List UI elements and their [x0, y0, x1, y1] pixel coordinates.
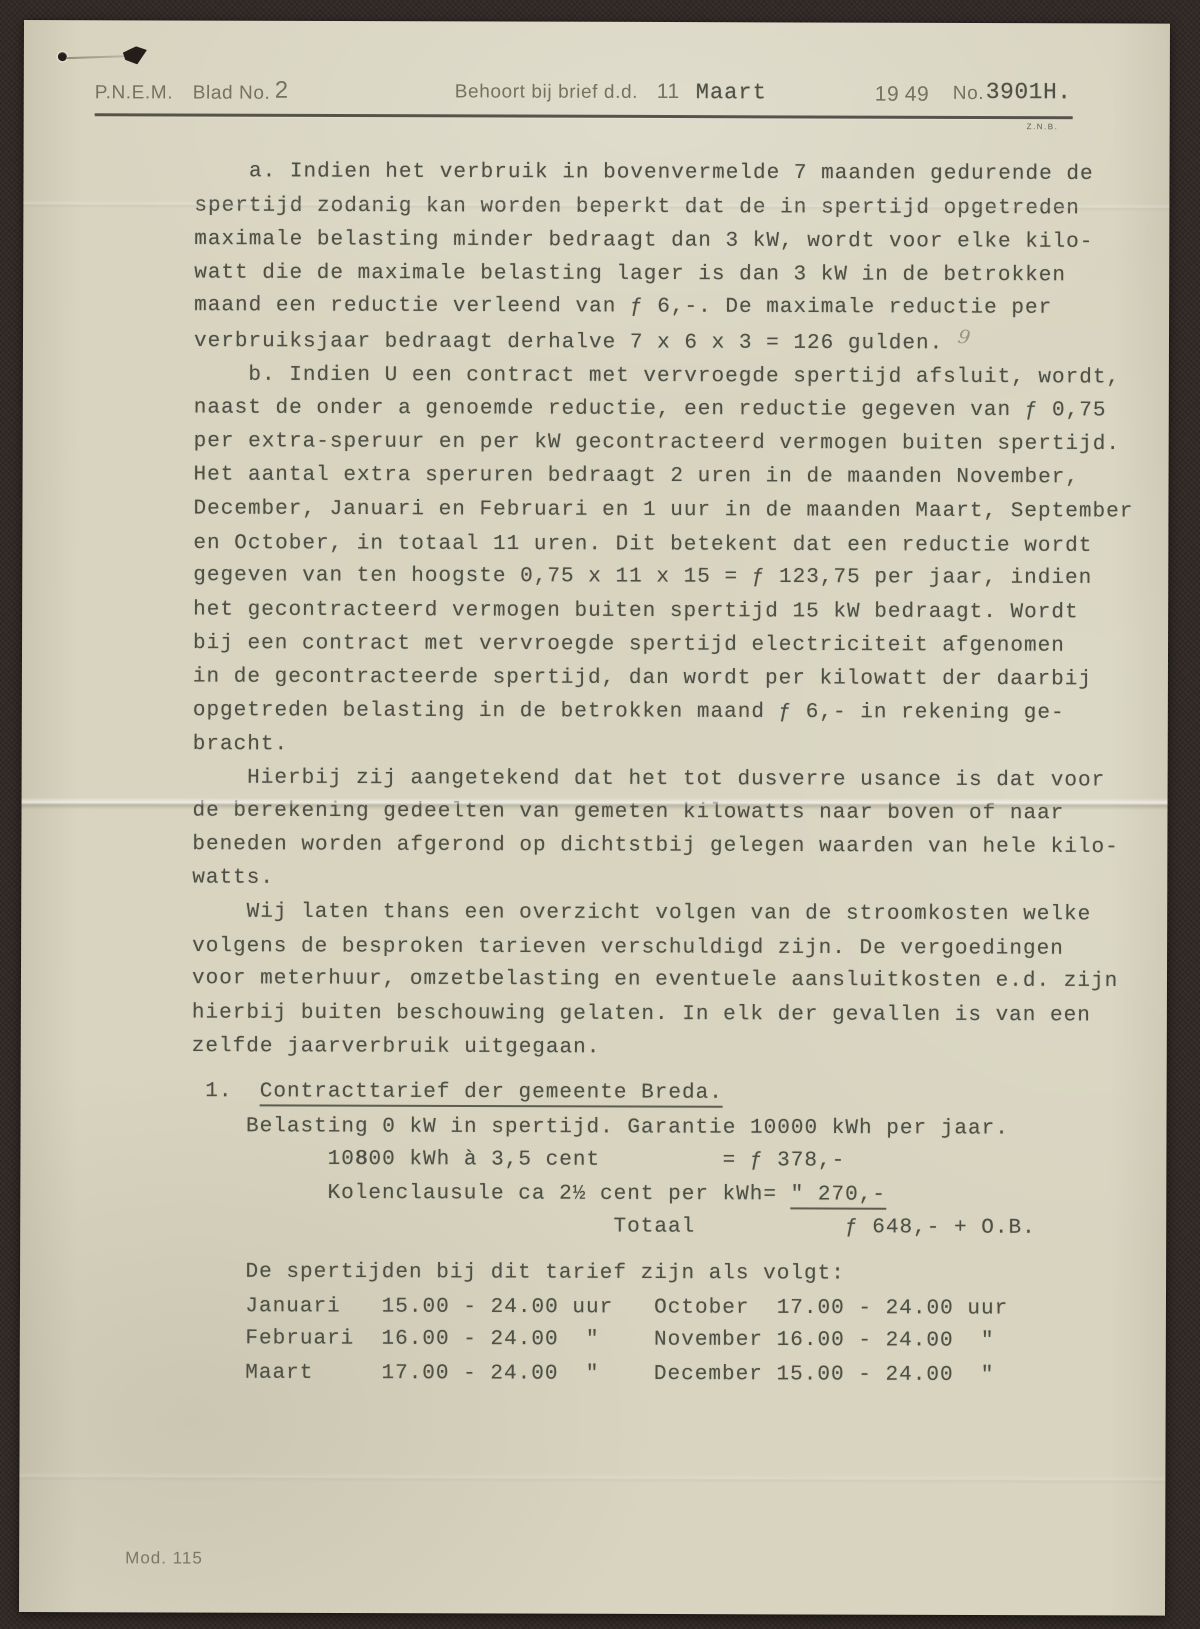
- paper-crease-bottom: [19, 1472, 1165, 1485]
- typed-line: bij een contract met vervroegde spertijd…: [193, 627, 1178, 664]
- typed-line: in de gecontracteerde spertijd, dan word…: [193, 660, 1178, 697]
- letter-number-label: No.: [953, 83, 984, 105]
- typed-line: opgetreden belasting in de betrokken maa…: [193, 694, 1178, 731]
- sheet-number-value: 2: [275, 77, 289, 105]
- document-sheet: P.N.E.M. Blad No. 2 Behoort bij brief d.…: [19, 20, 1170, 1616]
- typed-line: Januari 15.00 - 24.00 uur October 17.00 …: [191, 1290, 1176, 1327]
- typed-line: Totaal ƒ 648,- + O.B.: [191, 1210, 1176, 1247]
- typed-line: hierbij buiten beschouwing gelaten. In e…: [192, 996, 1177, 1033]
- form-model-number: Mod. 115: [125, 1548, 203, 1568]
- typed-line: De spertijden bij dit tarief zijn als vo…: [191, 1256, 1176, 1293]
- typed-line: volgens de besproken tarieven verschuldi…: [192, 930, 1177, 967]
- typed-line: beneden worden afgerond op dichtstbij ge…: [192, 828, 1177, 865]
- org-name: P.N.E.M.: [95, 82, 173, 104]
- typed-line: Wij laten thans een overzicht volgen van…: [192, 896, 1177, 933]
- typed-line: het gecontracteerd vermogen buiten spert…: [193, 593, 1178, 630]
- typed-line: 10800 kWh à 3,5 cent = ƒ 378,-: [191, 1143, 1176, 1180]
- sheet-number-label: Blad No.: [193, 83, 271, 105]
- typed-line: Belasting 0 kW in spertijd. Garantie 100…: [191, 1110, 1176, 1147]
- year-prefix: 19: [875, 83, 900, 107]
- typed-line: watt die de maximale belasting lager is …: [194, 256, 1179, 293]
- reference-day: 11: [657, 80, 680, 104]
- typed-line: Het aantal extra speruren bedraagt 2 ure…: [194, 459, 1179, 496]
- letter-number-value: 3901H.: [986, 79, 1072, 105]
- typed-line: maand een reductie verleend van ƒ 6,-. D…: [194, 290, 1179, 327]
- reference-letter-label: Behoort bij brief d.d.: [455, 81, 638, 104]
- reference-month: Maart: [696, 80, 767, 105]
- header-rule: [95, 113, 1073, 119]
- typed-line: Februari 16.00 - 24.00 " November 16.00 …: [191, 1322, 1176, 1359]
- typed-line: watts.: [192, 862, 1177, 899]
- typed-line: maximale belasting minder bedraagt dan 3…: [194, 223, 1179, 260]
- typed-line: voor meterhuur, omzetbelasting en eventu…: [192, 962, 1177, 999]
- typed-line: per extra-speruur en per kW gecontractee…: [194, 425, 1179, 462]
- staple-scratch-mark: [66, 55, 126, 59]
- photo-background: { "colors": { "background": "#2f2724", "…: [0, 0, 1200, 1629]
- typed-line: Hierbij zij aangetekend dat het tot dusv…: [193, 761, 1178, 798]
- punch-hole-icon: [123, 46, 147, 64]
- year-suffix: 49: [905, 83, 930, 107]
- typed-line: December, Januari en Februari en 1 uur i…: [193, 492, 1178, 529]
- typed-line: zelfde jaarverbruik uitgegaan.: [192, 1030, 1177, 1067]
- typed-line: 1. Contracttarief der gemeente Breda.: [192, 1075, 1177, 1112]
- typed-line: Kolenclausule ca 2½ cent per kWh= " 270,…: [191, 1176, 1176, 1213]
- typed-line: gegeven van ten hoogste 0,75 x 11 x 15 =…: [193, 559, 1178, 596]
- typed-line: a. Indien het verbruik in bovenvermelde …: [194, 155, 1179, 192]
- typed-line: bracht.: [193, 728, 1178, 765]
- printer-mark: Z.N.B.: [1027, 122, 1059, 131]
- typed-line: en October, in totaal 11 uren. Dit betek…: [193, 527, 1178, 564]
- typed-line: spertijd zodanig kan worden beperkt dat …: [194, 189, 1179, 226]
- typed-line: b. Indien U een contract met vervroegde …: [194, 358, 1179, 395]
- typed-line: Maart 17.00 - 24.00 " December 15.00 - 2…: [191, 1356, 1176, 1393]
- typed-line: de berekening gedeelten van gemeten kilo…: [192, 795, 1177, 832]
- typed-body: a. Indien het verbruik in bovenvermelde …: [191, 156, 1180, 1393]
- typed-line: verbruiksjaar bedraagt derhalve 7 x 6 x …: [194, 324, 1179, 362]
- typed-line: naast de onder a genoemde reductie, een …: [194, 392, 1179, 429]
